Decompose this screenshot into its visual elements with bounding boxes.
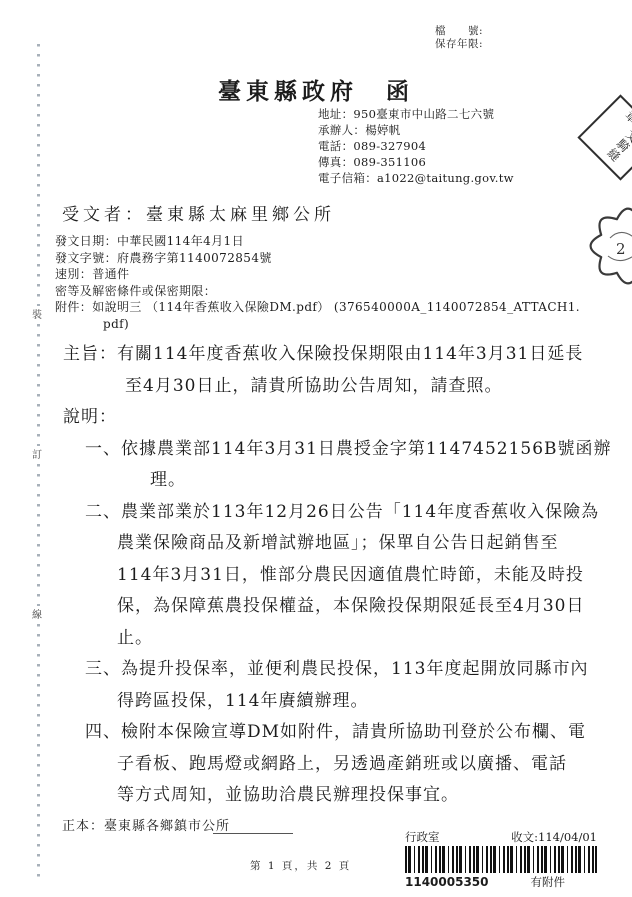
- item-1-wrap: 理。: [63, 465, 583, 497]
- attachment-note: 有附件: [531, 875, 566, 889]
- item-3-line: 三、為提升投保率，並便利農民投保，113年度起開放同縣市內: [63, 654, 583, 686]
- retention-label: 保存年限:: [435, 38, 483, 51]
- scalloped-seal-icon: 2: [588, 206, 632, 286]
- signature-divider: [213, 833, 293, 834]
- subject-line-wrap: 至4月30日止，請貴所協助公告周知，請查照。: [63, 371, 583, 403]
- meta-attachment-wrap: pdf): [55, 316, 580, 333]
- round-seal-stamp: 2: [588, 206, 632, 290]
- item-2-wrap: 農業保險商品及新增試辦地區」；保單自公告日起銷售至: [63, 528, 583, 560]
- seam-stamp-text: 發文騎縫章: [590, 107, 632, 167]
- contact-address: 地址：950臺東市中山路二七六號: [318, 106, 514, 122]
- receive-office: 行政室: [405, 831, 440, 844]
- file-number-block: 檔 號: 保存年限:: [435, 25, 483, 51]
- official-letter-page: 裝 訂 線 檔 號: 保存年限: 臺東縣政府 函 地址：950臺東市中山路二七六…: [0, 0, 632, 897]
- subject-line: 主旨：有關114年度香蕉收入保險投保期限由114年3月31日延長: [63, 339, 583, 371]
- round-stamp-number-text: 2: [616, 240, 626, 258]
- recipient-line: 受文者：臺東縣太麻里鄉公所: [62, 200, 335, 225]
- item-2-wrap: 114年3月31日，惟部分農民因適值農忙時節，未能及時投: [63, 560, 583, 592]
- binding-char-zhuang: 裝: [24, 306, 50, 321]
- seam-stamp: 發文騎縫章: [577, 94, 632, 180]
- meta-speed: 速別：普通件: [55, 266, 580, 283]
- item-1-line: 一、依據農業部114年3月31日農授金字第1147452156B號函辦: [63, 434, 583, 466]
- meta-doc-number: 發文字號：府農務字第1140072854號: [55, 250, 580, 267]
- receive-stamp-block: 行政室 收文:114/04/01 1140005350 有附件: [405, 831, 597, 889]
- meta-attachment: 附件：如說明三 （114年香蕉收入保險DM.pdf） (376540000A_1…: [55, 299, 580, 316]
- binding-char-ding: 訂: [24, 446, 50, 461]
- meta-date: 發文日期：中華民國114年4月1日: [55, 233, 580, 250]
- page-number-info: 第 1 頁，共 2 頁: [250, 858, 351, 873]
- contact-person: 承辦人：楊婷帆: [318, 122, 514, 138]
- contact-email: 電子信箱：a1022@taitung.gov.tw: [318, 170, 514, 186]
- receive-date: 收文:114/04/01: [511, 831, 597, 844]
- item-4-wrap: 等方式周知，並協助洽農民辦理投保事宜。: [63, 780, 583, 812]
- explanation-label: 說明：: [63, 402, 583, 434]
- letter-body: 主旨：有關114年度香蕉收入保險投保期限由114年3月31日延長 至4月30日止…: [63, 339, 583, 812]
- binding-char-xian: 線: [24, 606, 50, 621]
- document-title: 臺東縣政府 函: [0, 73, 632, 106]
- item-4-wrap: 子看板、跑馬燈或網路上，另透過產銷班或以廣播、電話: [63, 749, 583, 781]
- contact-fax: 傳真：089-351106: [318, 154, 514, 170]
- contact-block: 地址：950臺東市中山路二七六號 承辦人：楊婷帆 電話：089-327904 傳…: [318, 106, 514, 186]
- barcode-image: [405, 846, 597, 873]
- item-2-line: 二、農業部業於113年12月26日公告「114年度香蕉收入保險為: [63, 497, 583, 529]
- item-2-wrap: 止。: [63, 623, 583, 655]
- file-no-label: 檔 號:: [435, 25, 483, 38]
- barcode-number: 1140005350: [405, 875, 489, 889]
- item-2-wrap: 保，為保障蕉農投保權益，本保險投保期限延長至4月30日: [63, 591, 583, 623]
- copy-to-line: 正本：臺東縣各鄉鎮市公所: [62, 815, 230, 834]
- binding-dotted-line: [37, 44, 40, 883]
- item-3-wrap: 得跨區投保，114年賡續辦理。: [63, 686, 583, 718]
- contact-phone: 電話：089-327904: [318, 138, 514, 154]
- item-4-line: 四、檢附本保險宣導DM如附件，請貴所協助刊登於公布欄、電: [63, 717, 583, 749]
- meta-classification: 密等及解密條件或保密期限：: [55, 283, 580, 300]
- meta-block: 發文日期：中華民國114年4月1日 發文字號：府農務字第1140072854號 …: [55, 233, 580, 332]
